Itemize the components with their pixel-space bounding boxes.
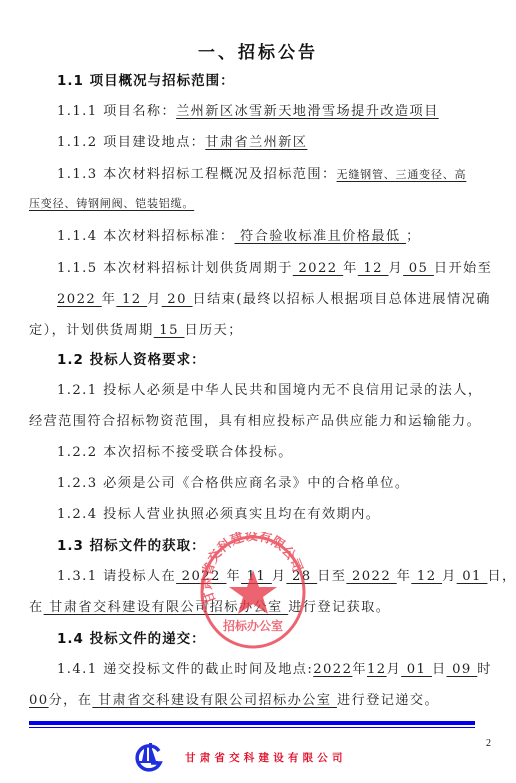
label: 1.1.5 本次材料招标计划供货周期于 xyxy=(57,261,293,276)
project-location: 甘肃省兰州新区 xyxy=(205,135,307,150)
label: 1.1.3 本次材料招标工程概况及招标范围： xyxy=(57,167,337,182)
from-day: 28 xyxy=(286,569,317,584)
text: 在 xyxy=(29,600,44,615)
suffix: ； xyxy=(406,229,421,244)
paragraph-1-1-1: 1.1.1 项目名称：兰州新区冰雪新天地滑雪场提升改造项目 xyxy=(57,103,439,121)
text: 月 xyxy=(389,261,404,276)
text: 月 xyxy=(387,662,402,677)
section-heading-1-3: 1.3 招标文件的获取： xyxy=(57,537,206,555)
paragraph-1-1-3: 1.1.3 本次材料招标工程概况及招标范围：无缝钢管、三通变径、高 xyxy=(57,166,466,184)
acquisition-location: 甘肃省交科建设有限公司招标办公室 xyxy=(44,600,289,615)
text: 日 xyxy=(432,662,447,677)
label: 1.1.2 项目建设地点： xyxy=(57,135,205,150)
text: 年 xyxy=(343,261,358,276)
text: 进行登记递交。 xyxy=(337,693,439,708)
text: 定），计划供货周期 xyxy=(29,323,154,338)
paragraph-1-1-2: 1.1.2 项目建设地点：甘肃省兰州新区 xyxy=(57,134,307,152)
text: 年 xyxy=(102,292,117,307)
section-heading-1-4: 1.4 投标文件的递交： xyxy=(57,630,206,648)
text: 月 xyxy=(147,292,162,307)
project-name: 兰州新区冰雪新天地滑雪场提升改造项目 xyxy=(176,104,439,119)
label: 1.3.1 请投标人在 xyxy=(57,569,176,584)
paragraph-1-2-1: 1.2.1 投标人必须是中华人民共和国境内无不良信用记录的法人， xyxy=(57,382,482,400)
paragraph-1-3-1-cont: 在 甘肃省交科建设有限公司招标办公室 进行登记获取。 xyxy=(29,599,390,617)
label: 1.4.1 递交投标文件的截止时间及地点: xyxy=(57,662,313,677)
submission-location: 甘肃省交科建设有限公司招标办公室 xyxy=(92,693,337,708)
text: 时 xyxy=(477,662,492,677)
start-year: 2022 xyxy=(293,261,343,276)
from-month: 11 xyxy=(241,569,272,584)
paragraph-1-1-5: 1.1.5 本次材料招标计划供货周期于 2022 年 12 月 05 日开始至 xyxy=(57,260,492,278)
to-year: 2022 xyxy=(346,569,396,584)
text: 日， xyxy=(487,569,516,584)
footer-rule-thin xyxy=(29,727,475,728)
text: 进行登记获取。 xyxy=(288,600,390,615)
deadline-year: 2022 xyxy=(313,662,352,677)
seal-subtext: 招标办公室 xyxy=(222,618,283,633)
period-days: 15 xyxy=(154,323,185,338)
text: 月 xyxy=(442,569,457,584)
paragraph-1-1-4: 1.1.4 本次材料招标标准： 符合验收标准且价格最低 ； xyxy=(57,228,421,246)
text: 日历天； xyxy=(184,323,242,338)
page-number: 2 xyxy=(486,738,491,749)
company-logo-icon xyxy=(134,741,164,773)
paragraph-1-4-1-cont: 00分，在 甘肃省交科建设有限公司招标办公室 进行登记递交。 xyxy=(29,692,439,710)
to-month: 12 xyxy=(411,569,442,584)
end-year: 2022 xyxy=(57,292,102,307)
from-year: 2022 xyxy=(176,569,226,584)
standard-value: 符合验收标准且价格最低 xyxy=(234,229,406,244)
page-title: 一、招标公告 xyxy=(0,38,516,63)
to-day: 01 xyxy=(457,569,488,584)
paragraph-1-2-4: 1.2.4 投标人营业执照必须真实且均在有效期内。 xyxy=(57,506,380,524)
text: 年 xyxy=(397,569,412,584)
paragraph-1-2-1-cont: 经营范围符合招标物资范围，具有相应投标产品供应能力和运输能力。 xyxy=(29,413,481,431)
text: 分，在 xyxy=(49,693,93,708)
paragraph-1-1-5-line3: 定），计划供货周期 15 日历天； xyxy=(29,322,243,340)
footer-rule-thick xyxy=(29,721,475,725)
end-month: 12 xyxy=(116,292,147,307)
footer-company-name: 甘肃省交科建设有限公司 xyxy=(185,750,347,765)
label: 1.1.1 项目名称： xyxy=(57,104,176,119)
paragraph-1-1-3-cont: 压变径、铸钢闸阀、铠装铝缆。 xyxy=(29,195,194,213)
text: 日开始至 xyxy=(434,261,492,276)
paragraph-1-2-2: 1.2.2 本次招标不接受联合体投标。 xyxy=(57,444,293,462)
text: 年 xyxy=(352,662,367,677)
scope-line1: 无缝钢管、三通变径、高 xyxy=(337,168,467,181)
deadline-month: 12 xyxy=(367,662,387,677)
paragraph-1-2-3: 1.2.3 必须是公司《合格供应商名录》中的合格单位。 xyxy=(57,475,409,493)
text: 年 xyxy=(226,569,241,584)
scope-line2: 压变径、铸钢闸阀、铠装铝缆。 xyxy=(29,197,194,210)
label: 1.1.4 本次材料招标标准： xyxy=(57,229,234,244)
section-heading-1-2: 1.2 投标人资格要求： xyxy=(57,351,206,369)
end-day: 20 xyxy=(162,292,193,307)
text: 日结束(最终以招标人根据项目总体进展情况确 xyxy=(192,292,490,307)
deadline-hour: 09 xyxy=(447,662,478,677)
paragraph-1-3-1: 1.3.1 请投标人在 2022 年 11 月 28 日至 2022 年 12 … xyxy=(57,568,516,586)
paragraph-1-4-1: 1.4.1 递交投标文件的截止时间及地点:2022年12月 01 日 09 时 xyxy=(57,661,492,679)
paragraph-1-1-5-line2: 2022 年 12 月 20 日结束(最终以招标人根据项目总体进展情况确 xyxy=(57,291,491,309)
start-day: 05 xyxy=(403,261,434,276)
section-heading-1-1: 1.1 项目概况与招标范围： xyxy=(57,72,235,90)
start-month: 12 xyxy=(358,261,389,276)
company-seal-stamp: 甘肃省交科建设有限公司 招标办公室 xyxy=(198,532,308,650)
text: 日至 xyxy=(317,569,346,584)
deadline-day: 01 xyxy=(401,662,432,677)
deadline-minute: 00 xyxy=(29,693,49,708)
text: 月 xyxy=(272,569,287,584)
